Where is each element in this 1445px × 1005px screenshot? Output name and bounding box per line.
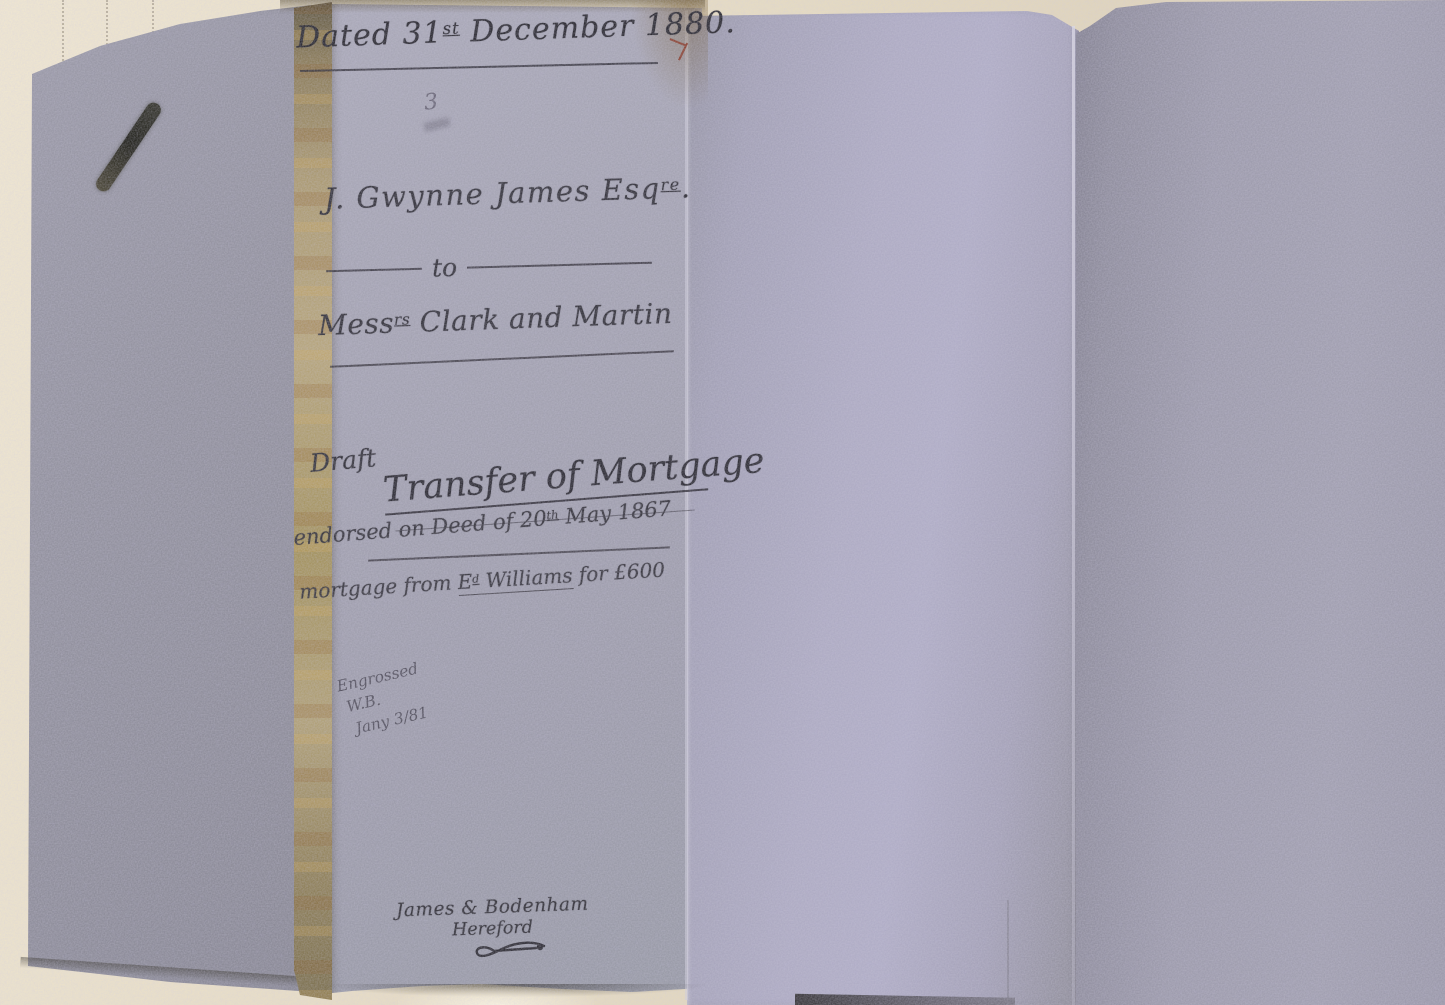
fold-crease	[685, 10, 688, 1000]
party-to-superscript: rs	[394, 310, 411, 329]
pen-dash-stroke	[326, 267, 422, 272]
deed-left-panel	[20, 0, 312, 1005]
fold-crease	[1007, 900, 1009, 1005]
party-to-text: Mess	[318, 307, 395, 343]
fold-crease	[1072, 26, 1075, 1005]
photograph-of-folded-deed: Dated 31st December 1880. 3 J. Gwynne Ja…	[0, 0, 1445, 1005]
background-dotted-line	[62, 0, 64, 68]
endorsement-superscript: th	[546, 507, 559, 522]
to-word: to	[432, 253, 458, 283]
mortgagor-name-text: Williams	[479, 563, 574, 593]
solicitor-firm-place: Hereford	[452, 918, 534, 941]
folio-number: 3	[423, 89, 440, 115]
background-highlight	[398, 987, 594, 1005]
draft-label: Draft	[309, 443, 377, 478]
party-from-superscript: re	[660, 175, 681, 195]
dated-text: Dated 31	[296, 15, 444, 55]
deed-far-right-panel	[1076, 0, 1445, 1005]
deed-right-panel	[687, 11, 1079, 1005]
party-from-text: .	[680, 170, 692, 204]
worn-fold-spine	[294, 0, 332, 1002]
pen-dash-stroke	[467, 261, 652, 268]
dated-superscript: st	[442, 18, 460, 38]
flourish-mark	[474, 938, 558, 964]
